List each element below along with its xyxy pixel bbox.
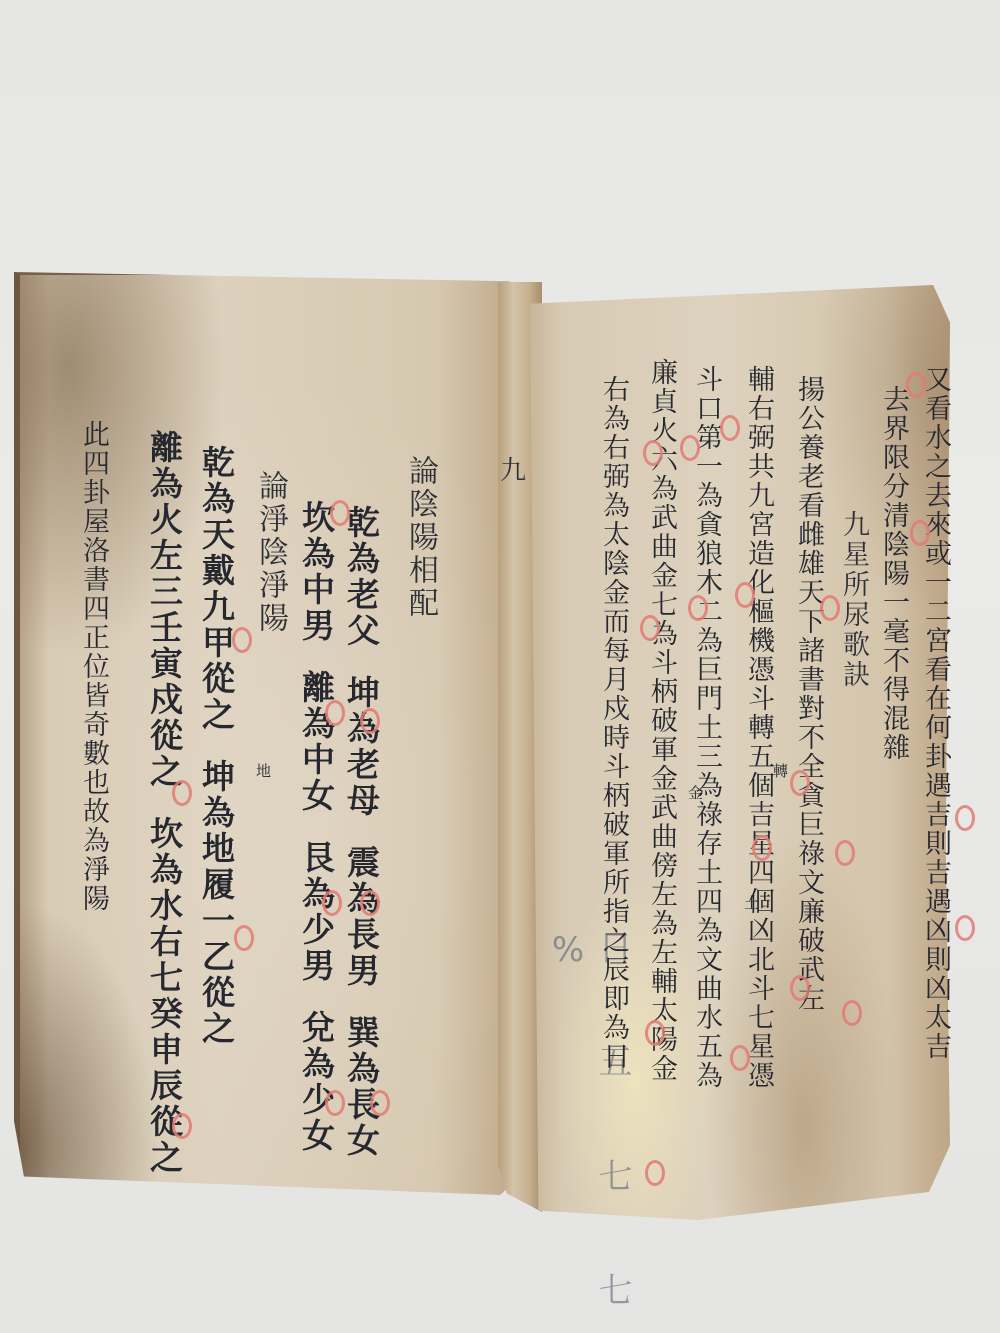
red-seal-mark: [688, 595, 708, 621]
red-seal-mark: [790, 975, 810, 1001]
text-segment: 坎為中男: [300, 500, 333, 644]
page-number-marker: 九: [500, 450, 526, 487]
red-seal-mark: [325, 1090, 345, 1116]
right-column-4: 揚公養老看雌雄天下諸書對不全貪巨祿文廉破武左: [795, 375, 822, 1013]
open-manuscript-book: 論陰陽相配 乾為老父坤為老母震為長男巽為長女 坎為中男離為中女艮為少男兌為少女 …: [0, 0, 1000, 1333]
interlinear-note: 地: [256, 760, 271, 781]
right-heading-nine-stars: 九星所尿歌訣: [840, 510, 867, 690]
red-seal-mark: [842, 1000, 862, 1026]
left-heading-pure-yin-yang: 論淨陰淨陽: [255, 470, 285, 635]
red-seal-mark: [720, 415, 740, 441]
red-seal-mark: [643, 440, 663, 466]
text-segment: 離為中女: [300, 670, 333, 814]
red-seal-mark: [325, 700, 345, 726]
right-column-2: 去界限分清陰陽一毫不得混雜: [880, 385, 907, 762]
red-seal-mark: [906, 372, 926, 398]
red-seal-mark: [172, 780, 192, 806]
text-segment: 乾為老父: [345, 505, 378, 649]
red-seal-mark: [234, 925, 254, 951]
red-seal-mark: [645, 1020, 665, 1046]
red-seal-mark: [735, 582, 755, 608]
text-segment: 坤為老母: [345, 675, 378, 819]
text-segment: 震為長男: [345, 845, 378, 989]
red-seal-mark: [322, 890, 342, 916]
red-seal-mark: [172, 1113, 192, 1139]
red-seal-mark: [835, 840, 855, 866]
red-seal-mark: [360, 890, 380, 916]
red-seal-mark: [330, 500, 350, 526]
left-column-1: 乾為老父坤為老母震為長男巽為長女: [345, 505, 378, 1159]
left-column-5: 此四卦屋洛書四正位皆奇數也故為淨陽: [80, 420, 107, 913]
red-seal-mark: [370, 1090, 390, 1116]
red-seal-mark: [360, 708, 380, 734]
red-seal-mark: [730, 1045, 750, 1071]
red-seal-mark: [955, 915, 975, 941]
text-segment: 乾為天戴九甲從之: [200, 445, 233, 733]
right-column-6: 斗口第一為貪狼木二為巨門土三為祿存土四為文曲水五為: [693, 365, 720, 1090]
red-seal-mark: [820, 595, 840, 621]
red-seal-mark: [645, 1160, 665, 1186]
text-segment: 坤為地履一乙從之: [200, 759, 233, 1047]
left-column-3: 乾為天戴九甲從之坤為地履一乙從之: [200, 445, 233, 1047]
red-seal-mark: [640, 615, 660, 641]
text-segment: 巽為長女: [345, 1015, 378, 1159]
right-column-1: 又看水之去來或一二宮看在何卦遇吉則吉遇凶則凶太吉: [922, 365, 949, 1061]
red-seal-mark: [680, 435, 700, 461]
right-column-7: 廉貞火六為武曲金七為斗柄破軍金武曲傍左為左輔太陽金: [648, 358, 675, 1083]
interlinear-note: 土: [744, 892, 759, 913]
left-heading-yin-yang-pairing: 論陰陽相配: [405, 455, 435, 620]
right-column-5: 輔右弼共九宮造化樞機憑斗轉五個吉星四個凶北斗七星憑: [745, 365, 772, 1090]
red-seal-mark: [910, 520, 930, 546]
red-seal-mark: [232, 627, 252, 653]
text-segment: 兌為少女: [300, 1010, 333, 1154]
red-seal-mark: [790, 770, 810, 796]
right-column-8: 右為右弼為太陰金而每月戍時斗柄破軍所指之辰即為日: [600, 375, 627, 1071]
red-seal-mark: [752, 835, 772, 861]
red-seal-mark: [955, 805, 975, 831]
text-segment: 離為火左三壬寅戍從之: [148, 430, 181, 790]
interlinear-note: 轉: [773, 760, 788, 781]
left-column-2: 坎為中男離為中女艮為少男兌為少女: [300, 500, 333, 1154]
interlinear-note: 金: [688, 782, 703, 803]
